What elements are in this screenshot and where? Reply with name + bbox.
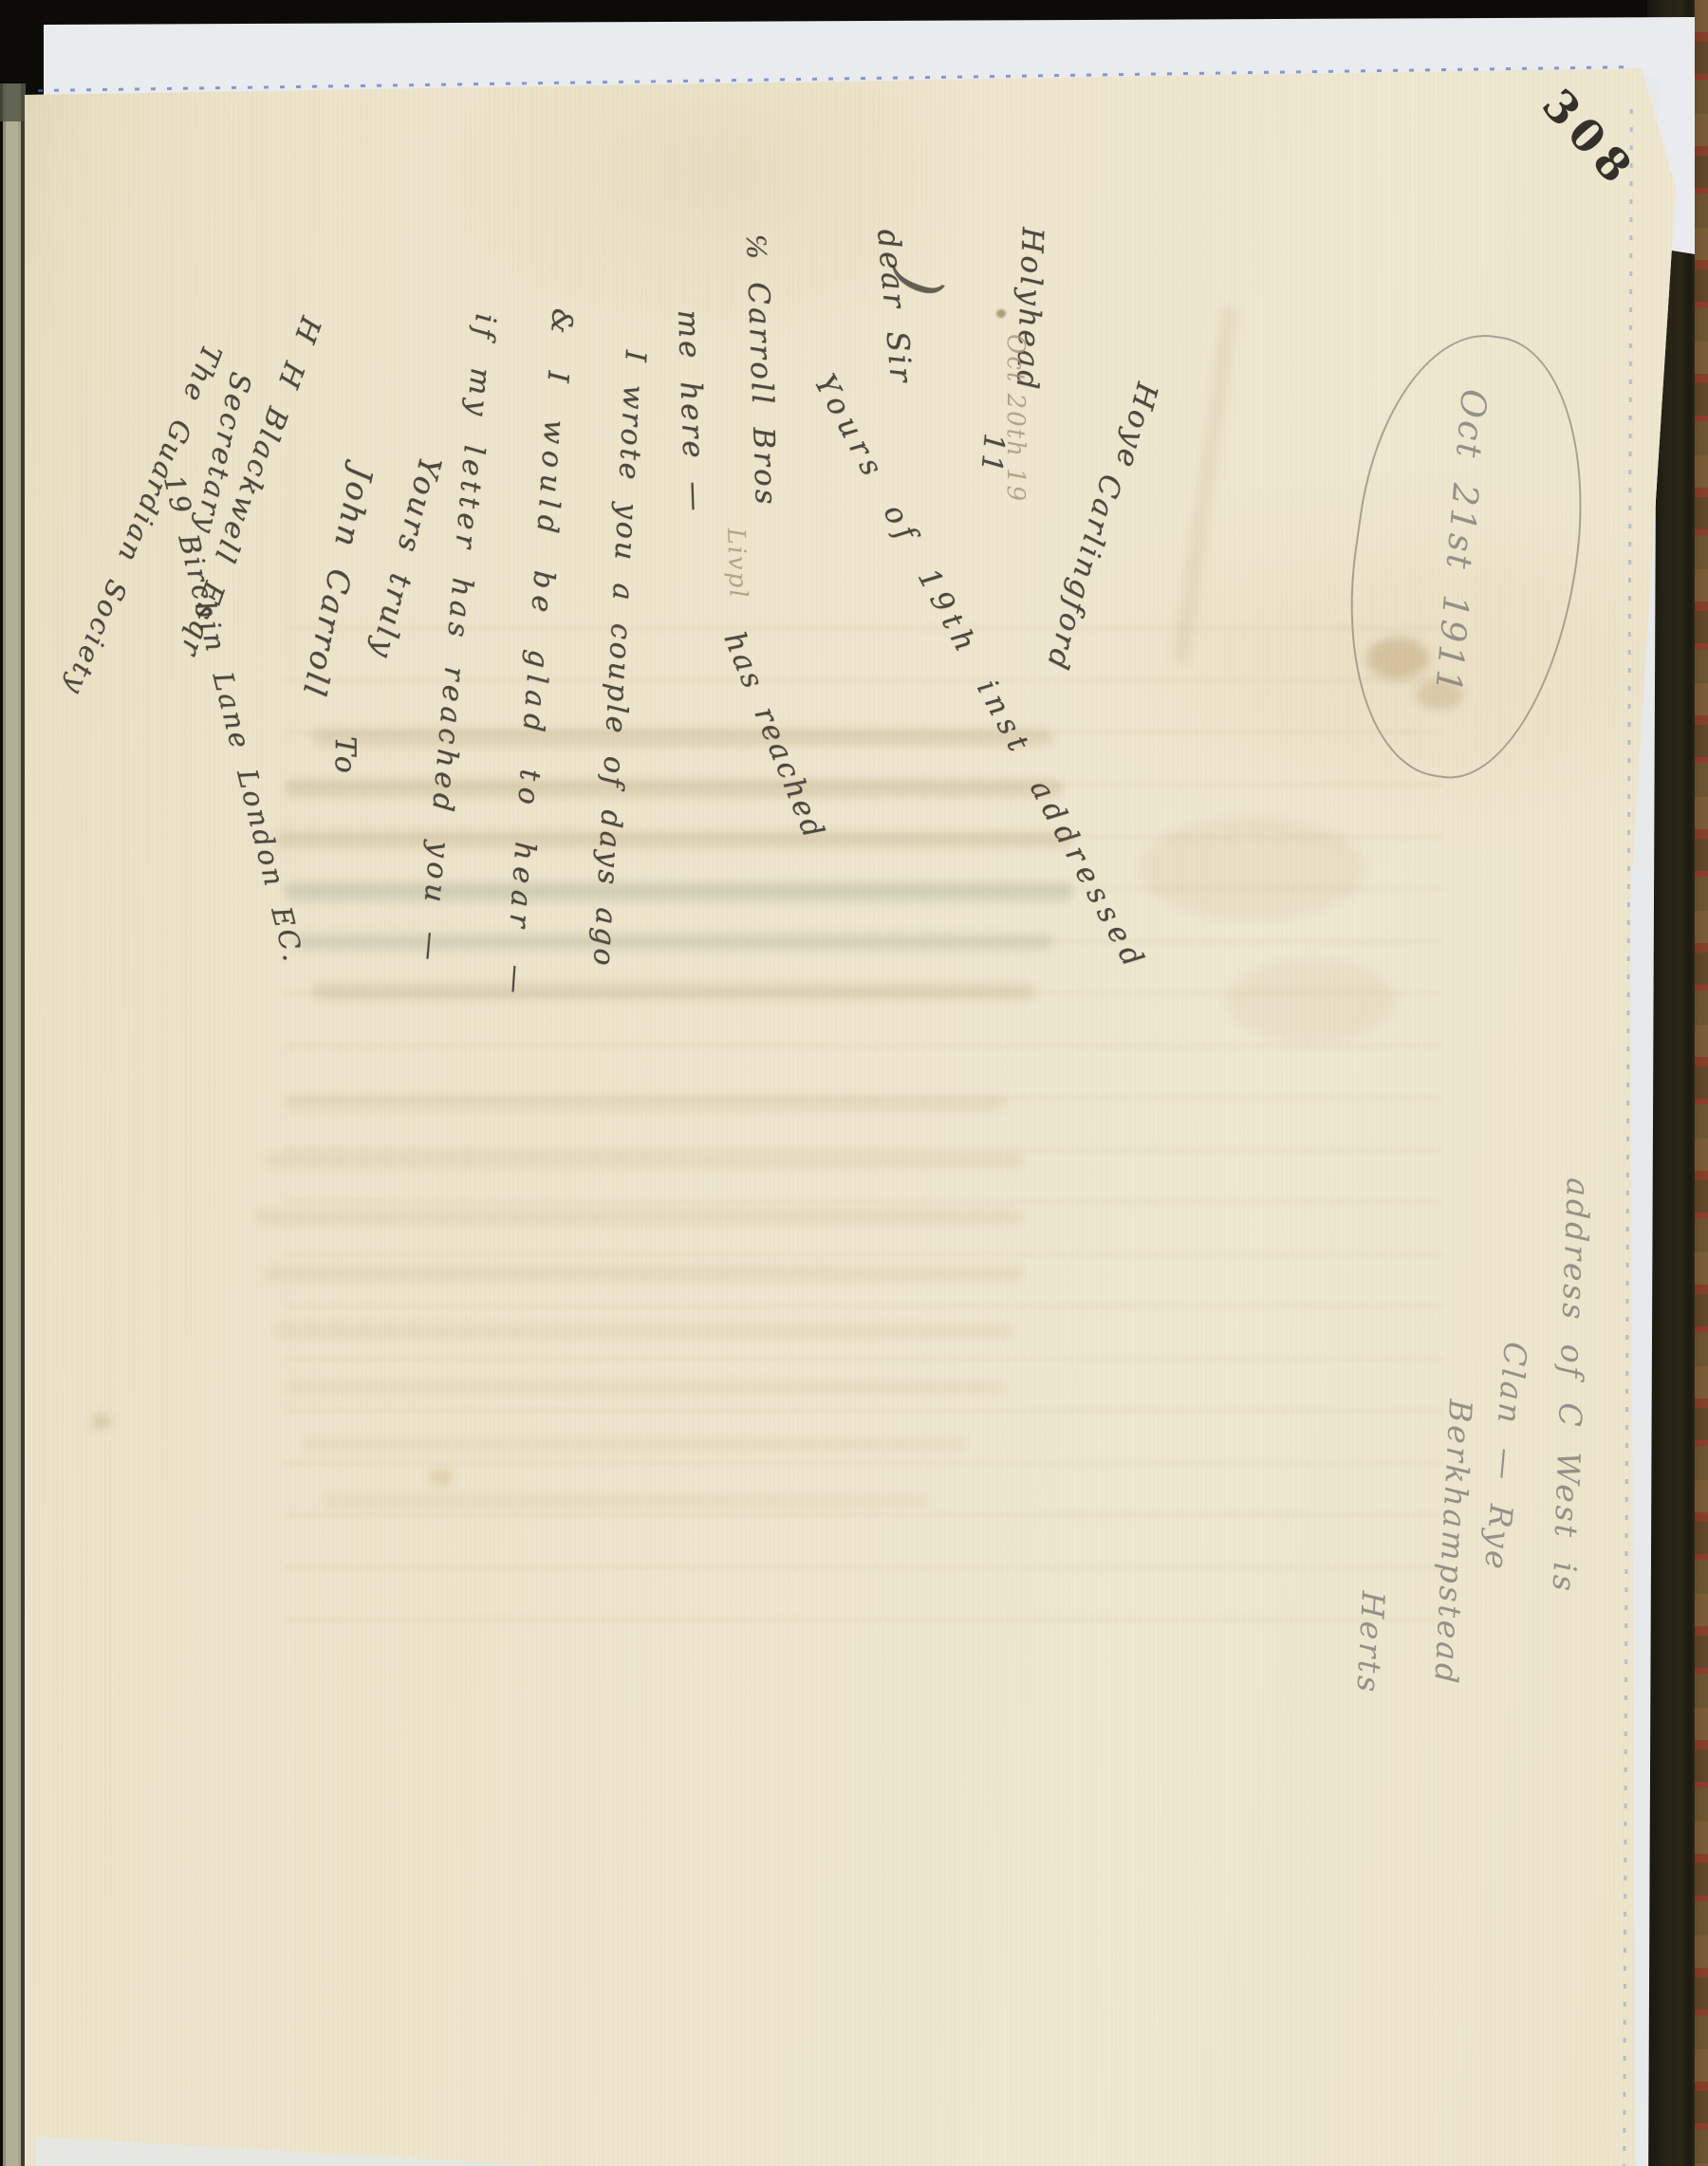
heading-line: Carlingford bbox=[1041, 471, 1125, 675]
show-through-text bbox=[266, 1153, 1025, 1168]
stain bbox=[1366, 638, 1429, 679]
body-line: ℅ Carroll Bros bbox=[741, 233, 780, 508]
show-through-text bbox=[323, 1494, 930, 1508]
show-through-text bbox=[285, 1380, 1006, 1394]
show-through-text bbox=[275, 1324, 1015, 1339]
heading-line: Hoye bbox=[1110, 380, 1161, 472]
body-line-faded: Livpl bbox=[723, 528, 751, 600]
show-through-text bbox=[266, 1267, 1025, 1282]
heading-date-end: 11 bbox=[975, 432, 1008, 476]
body-line: has reached bbox=[718, 628, 828, 844]
letter-page: Hoye Carlingford Holyhead Oct 20th 19 11… bbox=[0, 0, 1708, 2166]
show-through-text bbox=[304, 1437, 968, 1451]
heading-date-faded: Oct 20th 19 bbox=[1003, 334, 1028, 503]
address-note-line: address of C West is bbox=[1549, 1177, 1594, 1595]
scanned-letterbook-page: Hoye Carlingford Holyhead Oct 20th 19 11… bbox=[0, 0, 1708, 2166]
show-through-text bbox=[256, 1210, 1025, 1225]
show-through-text bbox=[1173, 305, 1240, 664]
stain bbox=[91, 1414, 112, 1429]
show-through-text bbox=[313, 729, 1053, 746]
address-note-line: Herts bbox=[1352, 1590, 1389, 1695]
salutation: dear Sir bbox=[873, 228, 917, 386]
show-through-text bbox=[1139, 816, 1366, 920]
show-through-text bbox=[285, 780, 1063, 797]
show-through-text bbox=[294, 934, 1053, 951]
page-number: 308 bbox=[1535, 82, 1644, 195]
show-through-text bbox=[285, 1096, 1006, 1111]
show-through-text bbox=[313, 983, 1034, 1000]
binding-page-edge bbox=[0, 83, 26, 2166]
body-line: I wrote you a couple of days ago bbox=[588, 349, 649, 969]
signature: John Carroll bbox=[298, 464, 378, 701]
show-through-text bbox=[275, 831, 1072, 848]
body-line: me here — bbox=[673, 309, 709, 514]
show-through-text bbox=[1226, 958, 1397, 1044]
body-line: if my letter has reached you — bbox=[414, 312, 499, 966]
address-note-line: Berkhampstead bbox=[1430, 1398, 1476, 1687]
closing: Yours truly bbox=[366, 454, 446, 662]
address-note-line: Clan — Rye bbox=[1480, 1341, 1532, 1573]
stain bbox=[996, 309, 1006, 318]
addressee-line: To bbox=[330, 736, 359, 776]
stain bbox=[429, 1469, 454, 1486]
body-line: & I would be glad to hear — bbox=[499, 307, 576, 1001]
show-through-text bbox=[285, 882, 1072, 901]
